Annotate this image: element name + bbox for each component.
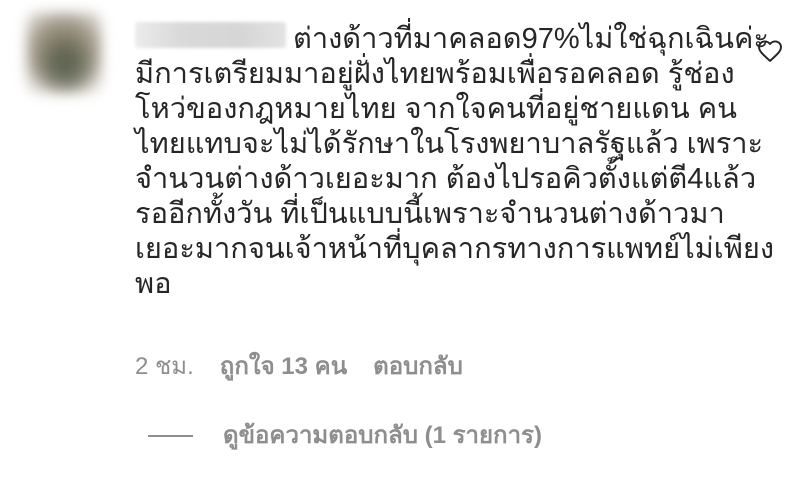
view-replies-row[interactable]: ดูข้อความตอบกลับ (1 รายการ) [148, 421, 542, 451]
comment-meta-row: 2 ชม. ถูกใจ 13 คน ตอบกลับ [135, 346, 463, 385]
view-replies-button[interactable]: ดูข้อความตอบกลับ (1 รายการ) [223, 421, 542, 451]
comment-text-content: ต่างด้าวที่มาคลอด97%ไม่ใช่ฉุกเฉินค่ะ มีก… [135, 23, 774, 300]
avatar[interactable] [26, 12, 102, 94]
comment-text: ต่างด้าวที่มาคลอด97%ไม่ใช่ฉุกเฉินค่ะ มีก… [135, 22, 797, 302]
username-redacted[interactable] [135, 22, 286, 48]
reply-button[interactable]: ตอบกลับ [373, 346, 463, 385]
comment-container: ต่างด้าวที่มาคลอด97%ไม่ใช่ฉุกเฉินค่ะ มีก… [0, 0, 800, 487]
like-button[interactable] [756, 37, 784, 65]
avatar-blurred-image [26, 12, 102, 94]
timestamp: 2 ชม. [135, 346, 194, 385]
heart-outline-icon [756, 37, 784, 65]
replies-divider-line [148, 435, 193, 437]
likes-count-button[interactable]: ถูกใจ 13 คน [220, 346, 347, 385]
